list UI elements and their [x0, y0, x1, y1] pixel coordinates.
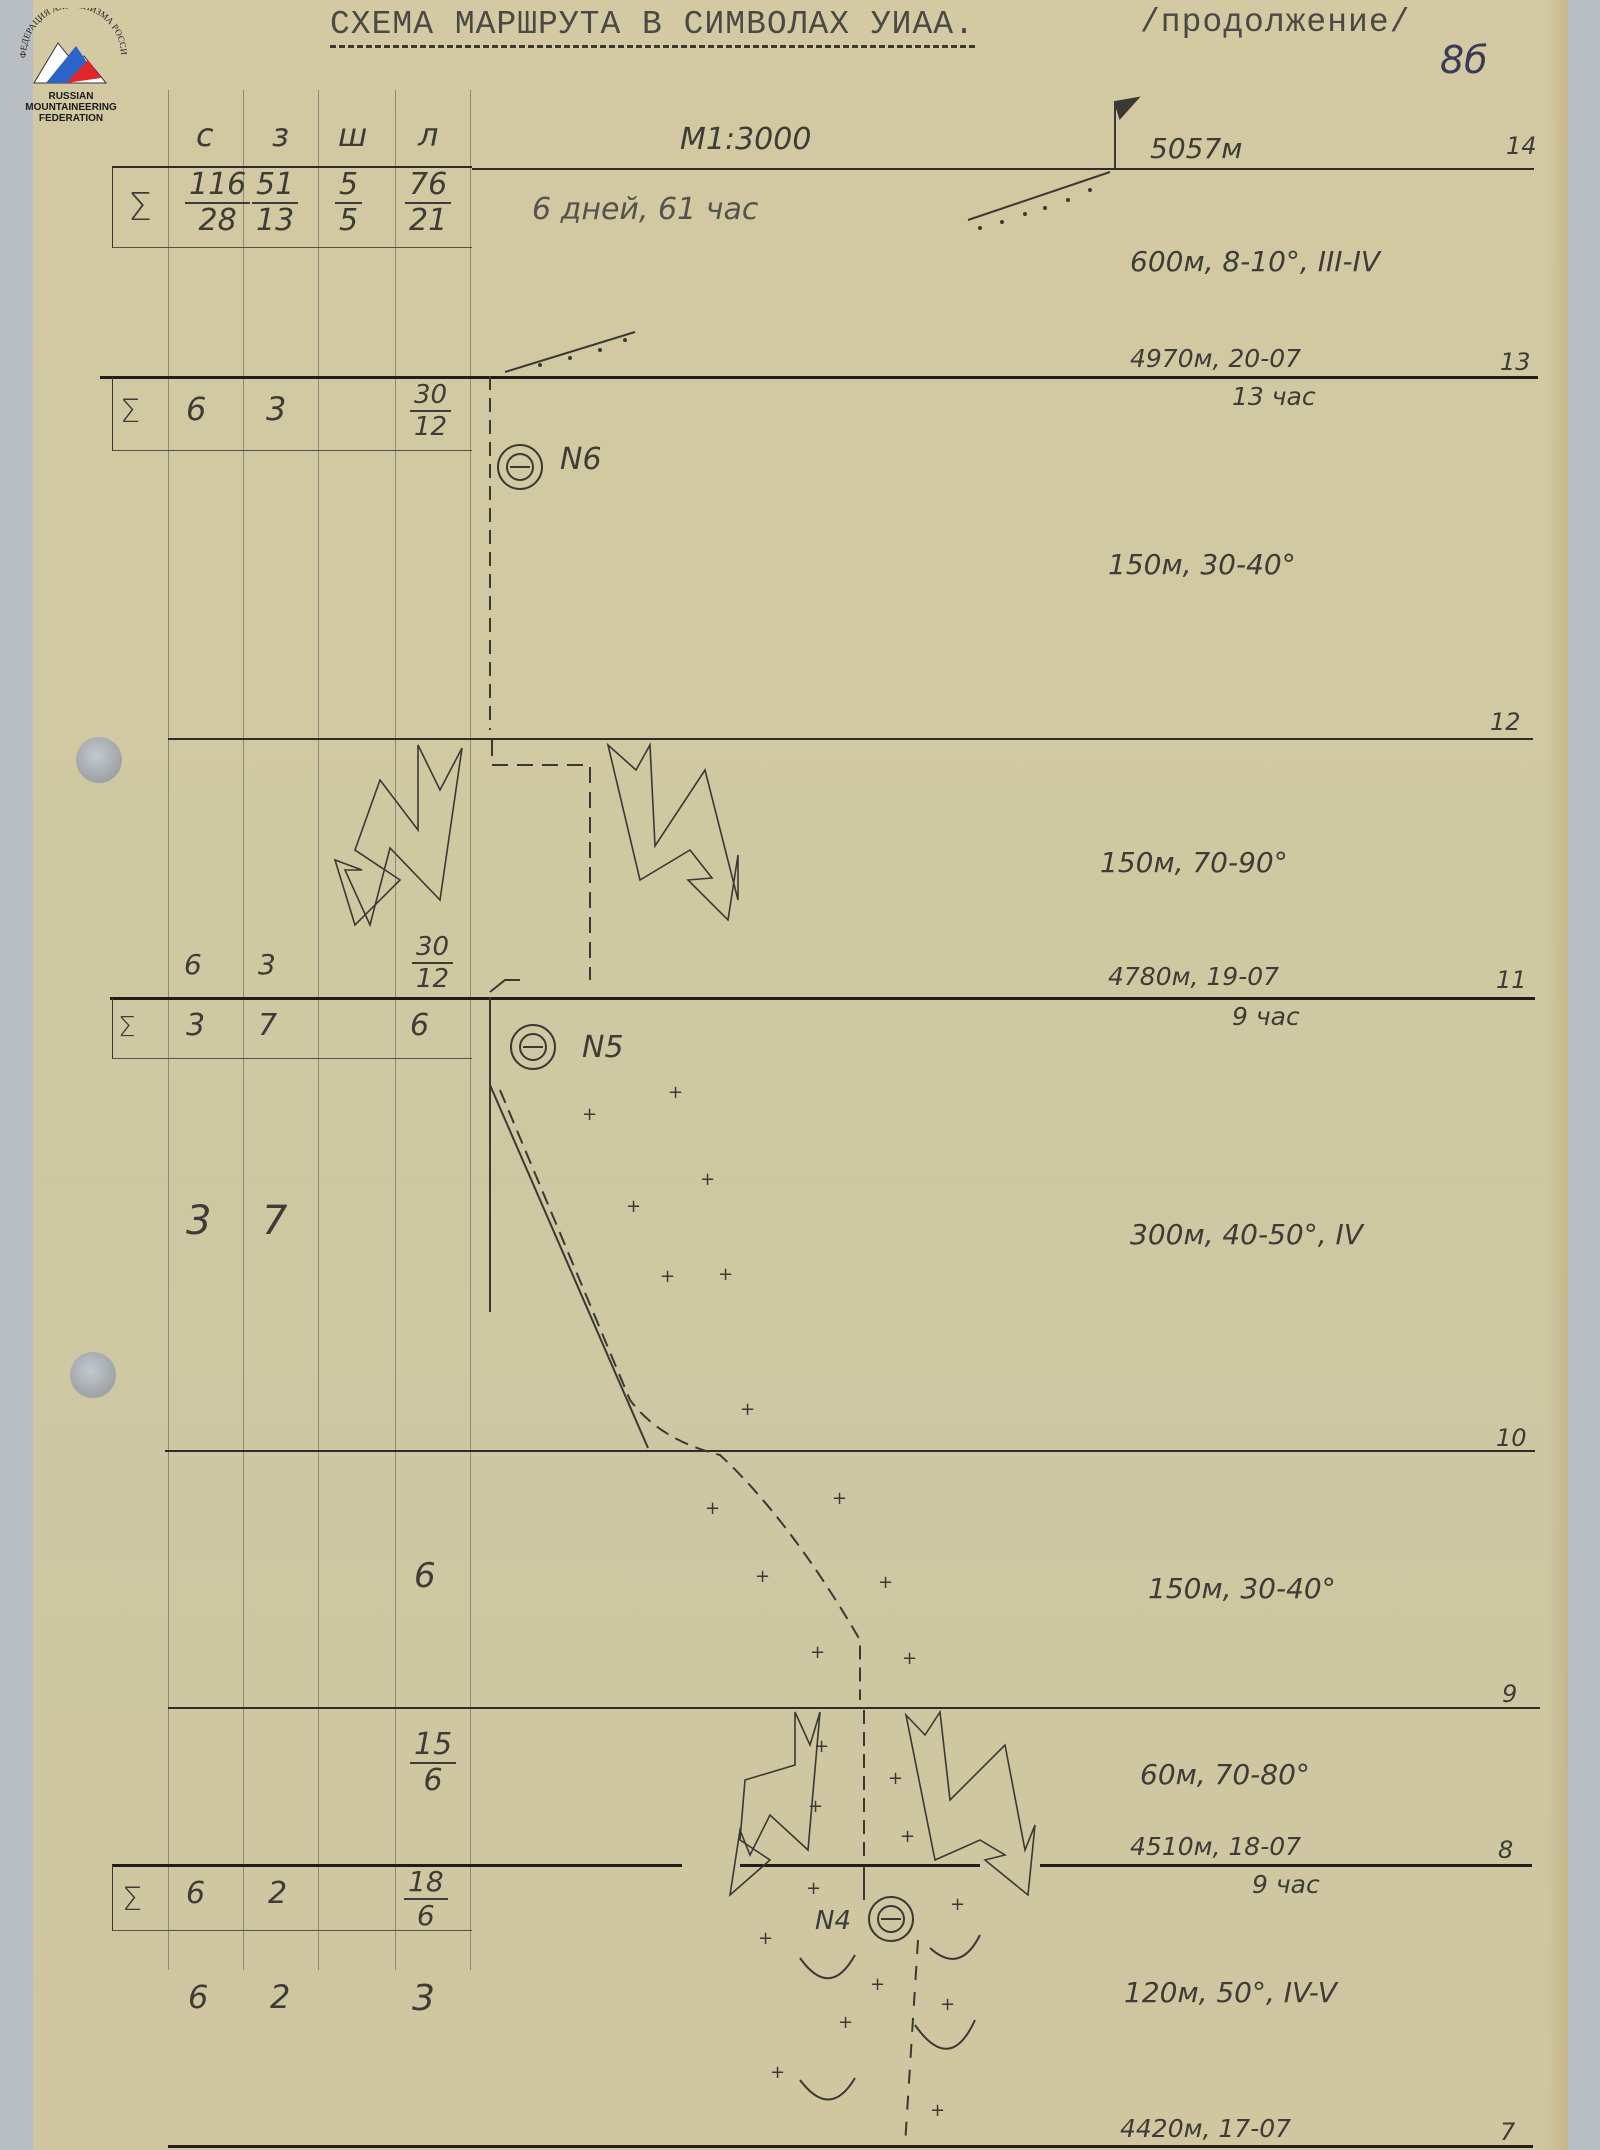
- svg-text:+: +: [740, 1399, 755, 1420]
- scree-dots: [538, 188, 1092, 367]
- route-topo-drawing: +++ +++ +++ +++ +++ +++ +++ +++ +: [0, 0, 1600, 2150]
- svg-text:+: +: [806, 1878, 821, 1899]
- svg-text:+: +: [930, 2100, 945, 2121]
- svg-text:+: +: [950, 1894, 965, 1915]
- svg-text:+: +: [705, 1498, 720, 1519]
- svg-text:+: +: [582, 1104, 597, 1125]
- ridge-line-lower: [505, 332, 635, 372]
- serac-icon: [730, 1712, 820, 1895]
- svg-text:+: +: [718, 1264, 733, 1285]
- svg-text:+: +: [770, 2062, 785, 2083]
- svg-text:+: +: [900, 1826, 915, 1847]
- bivouac-label-n5: N5: [582, 1030, 624, 1065]
- svg-text:+: +: [660, 1266, 675, 1287]
- svg-text:+: +: [668, 1082, 683, 1103]
- svg-text:+: +: [814, 1736, 829, 1757]
- serac-icon: [335, 745, 462, 925]
- svg-text:+: +: [902, 1648, 917, 1669]
- ice-markers: +++ +++ +++ +++ +++ +++ +++ +++ +: [582, 1082, 965, 2121]
- bivouac-icon: [868, 1896, 914, 1942]
- route-line: [492, 740, 590, 980]
- svg-text:+: +: [870, 1974, 885, 1995]
- route-line: [500, 1090, 860, 1700]
- svg-text:+: +: [878, 1572, 893, 1593]
- svg-text:+: +: [700, 1169, 715, 1190]
- crevasse-icon: [930, 1935, 980, 1959]
- svg-text:+: +: [888, 1768, 903, 1789]
- serac-icon: [608, 745, 738, 920]
- svg-text:+: +: [758, 1928, 773, 1949]
- svg-text:+: +: [755, 1566, 770, 1587]
- crevasse-icon: [800, 1955, 855, 1978]
- bivouac-label-n4: N4: [815, 1906, 851, 1936]
- bivouac-icon: [497, 444, 543, 490]
- bivouac-label-n6: N6: [560, 442, 602, 477]
- svg-text:+: +: [810, 1642, 825, 1663]
- slope-line: [490, 1085, 648, 1448]
- crevasse-icon: [800, 2078, 855, 2100]
- svg-text:+: +: [808, 1796, 823, 1817]
- bivouac-icon: [510, 1024, 556, 1070]
- route-line: [490, 980, 520, 992]
- serac-icon: [906, 1712, 1035, 1895]
- svg-text:+: +: [832, 1488, 847, 1509]
- ridge-line: [968, 172, 1110, 220]
- svg-text:+: +: [940, 1994, 955, 2015]
- svg-text:+: +: [626, 1196, 641, 1217]
- summit-flag-icon: [1115, 98, 1138, 118]
- route-line: [905, 1940, 918, 2145]
- svg-text:+: +: [838, 2012, 853, 2033]
- crevasse-icon: [915, 2020, 975, 2049]
